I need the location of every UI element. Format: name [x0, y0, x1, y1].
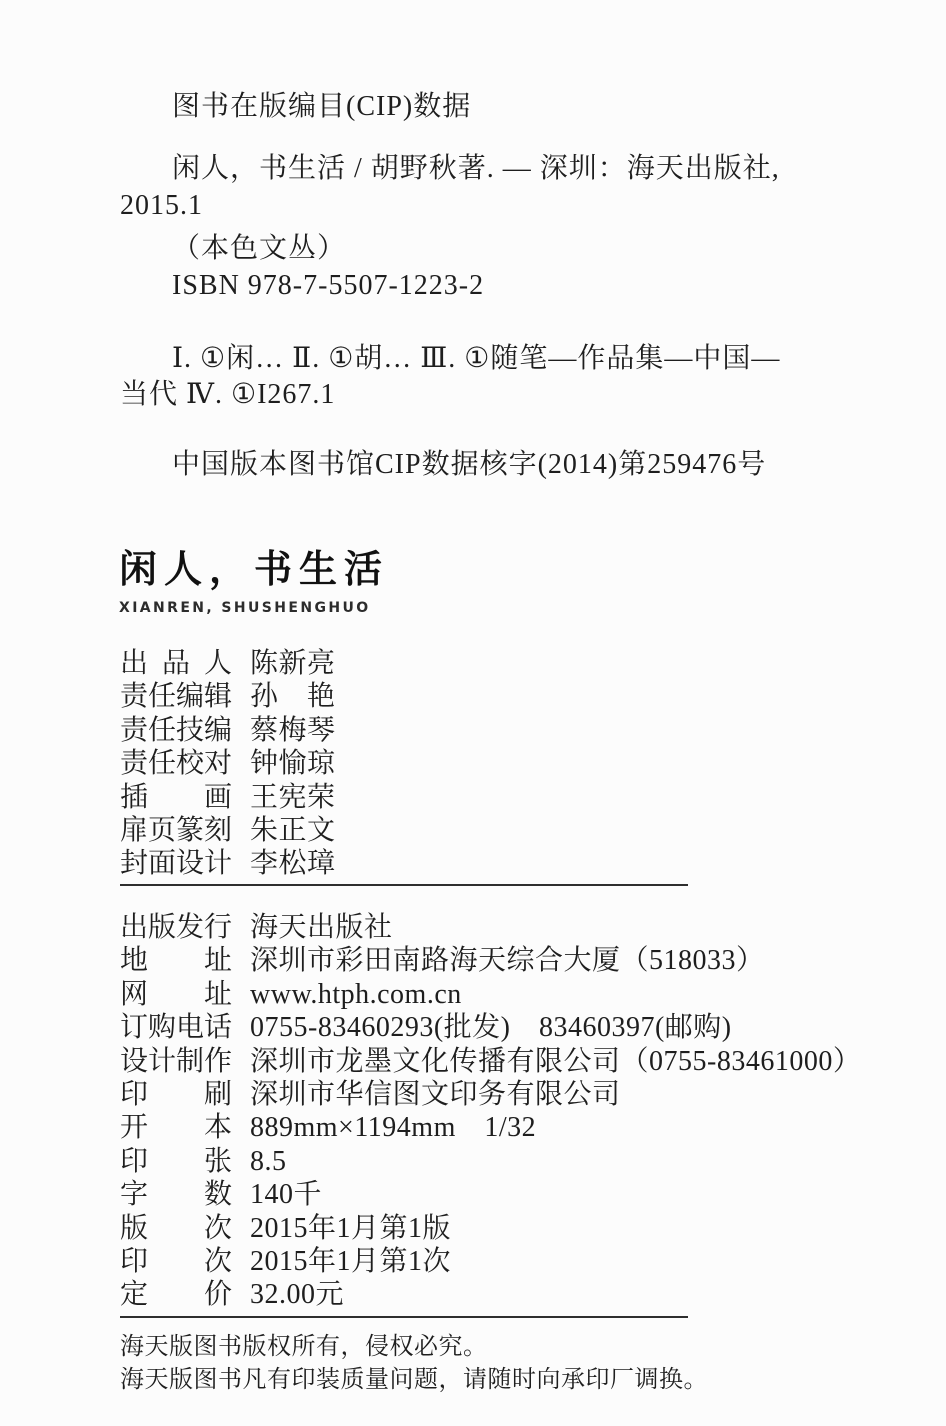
publishing-label: 定价	[120, 1272, 232, 1312]
divider-top	[120, 884, 688, 886]
credit-row-cover-designer: 封面设计 李松璋	[120, 841, 336, 874]
publishing-row-address: 地址 深圳市彩田南路海天综合大厦（518033）	[120, 938, 861, 971]
cip-heading: 图书在版编目(CIP)数据	[172, 84, 471, 124]
publishing-row-design-production: 设计制作 深圳市龙墨文化传播有限公司（0755-83461000）	[120, 1039, 861, 1072]
divider-bottom	[120, 1316, 688, 1318]
credit-row-illustrator: 插画 王宪荣	[120, 775, 336, 808]
publishing-row-edition: 版次 2015年1月第1版	[120, 1206, 861, 1239]
copyright-notices: 海天版图书版权所有，侵权必究。 海天版图书凡有印装质量问题，请随时向承印厂调换。	[120, 1331, 708, 1397]
title-block: 闲人，书生活 XIANREN, SHUSHENGHUO	[119, 538, 389, 616]
book-subtitle: XIANREN, SHUSHENGHUO	[119, 600, 389, 616]
cip-description-line2: 2015.1	[120, 190, 203, 222]
book-title: 闲人，书生活	[119, 538, 389, 593]
publishing-row-price: 定价 32.00元	[120, 1272, 861, 1305]
cip-isbn: ISBN 978-7-5507-1223-2	[172, 270, 484, 302]
credit-row-producer: 出品人 陈新亮	[120, 641, 336, 674]
publishing-value: 深圳市彩田南路海天综合大厦（518033）	[250, 938, 765, 978]
credit-value: 李松璋	[250, 841, 336, 881]
publishing-value: 889mm×1194mm 1/32	[250, 1105, 536, 1145]
credit-row-technical-editor: 责任技编 蔡梅琴	[120, 708, 336, 741]
cip-series: （本色文丛）	[172, 226, 346, 266]
cip-classification-line2: 当代 Ⅳ. ①I267.1	[120, 372, 335, 412]
publishing-info-list: 出版发行 海天出版社 地址 深圳市彩田南路海天综合大厦（518033） 网址 w…	[120, 905, 861, 1306]
publishing-row-publisher: 出版发行 海天出版社	[120, 905, 861, 938]
copyright-notice-line1: 海天版图书版权所有，侵权必究。	[120, 1331, 708, 1364]
publishing-value: 32.00元	[250, 1272, 344, 1312]
credit-row-seal-engraver: 扉页篆刻 朱正文	[120, 808, 336, 841]
credits-list: 出品人 陈新亮 责任编辑 孙 艳 责任技编 蔡梅琴 责任校对 钟愉琼 插画 王宪…	[120, 641, 336, 875]
publishing-row-format: 开本 889mm×1194mm 1/32	[120, 1105, 861, 1138]
credit-row-editor: 责任编辑 孙 艳	[120, 674, 336, 707]
copyright-notice-line2: 海天版图书凡有印装质量问题，请随时向承印厂调换。	[120, 1364, 708, 1397]
publishing-row-impression: 印次 2015年1月第1次	[120, 1239, 861, 1272]
publishing-row-order-phone: 订购电话 0755-83460293(批发) 83460397(邮购)	[120, 1005, 861, 1038]
publishing-row-word-count: 字数 140千	[120, 1172, 861, 1205]
credit-row-proofreader: 责任校对 钟愉琼	[120, 741, 336, 774]
book-copyright-page: 图书在版编目(CIP)数据 闲人，书生活 / 胡野秋著. — 深圳：海天出版社,…	[0, 0, 946, 1426]
cip-record-number: 中国版本图书馆CIP数据核字(2014)第259476号	[172, 442, 766, 482]
cip-description-line1: 闲人，书生活 / 胡野秋著. — 深圳：海天出版社,	[172, 146, 780, 186]
credit-label: 封面设计	[120, 841, 232, 881]
cip-classification-line1: Ⅰ. ①闲… Ⅱ. ①胡… Ⅲ. ①随笔—作品集—中国—	[172, 336, 780, 376]
